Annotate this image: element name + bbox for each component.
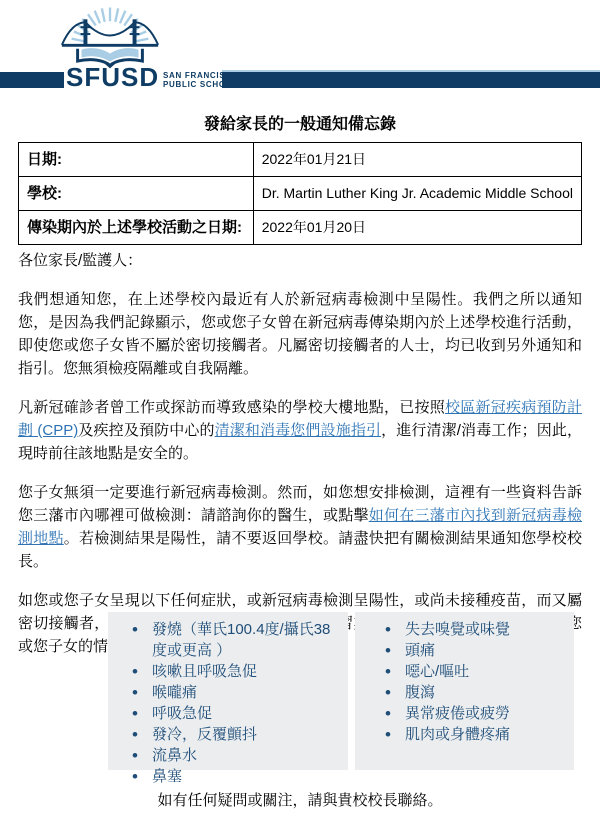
school-value: Dr. Martin Luther King Jr. Academic Midd…	[253, 177, 581, 211]
header-bar-left	[0, 72, 64, 88]
exposure-date-label: 傳染期內於上述學校活動之日期:	[19, 211, 254, 245]
table-row-date: 日期: 2022年01月21日	[19, 143, 582, 177]
symptoms-column-right: 失去嗅覺或味覺 頭痛 噁心/嘔吐 腹瀉 異常疲倦或疲勞 肌肉或身體疼痛	[355, 612, 574, 770]
para2-text-pre: 凡新冠確診者曾工作或探訪而導致感染的學校大樓地點，已按照	[18, 399, 445, 416]
header: SFUSD SAN FRANCISCO PUBLIC SCHOOLS	[0, 0, 600, 100]
logo-name: SAN FRANCISCO PUBLIC SCHOOLS	[163, 71, 244, 89]
info-table: 日期: 2022年01月21日 學校: Dr. Martin Luther Ki…	[18, 142, 582, 245]
list-item: 失去嗅覺或味覺	[383, 619, 568, 640]
list-item: 發燒（華氏100.4度/攝氏38度或更高 ）	[130, 619, 342, 661]
paragraph-testing: 您子女無須一定要進行新冠病毒檢測。然而，如您想安排檢測，這裡有一些資料告訴您三藩…	[18, 481, 582, 573]
logo-acronym: SFUSD	[66, 64, 159, 90]
list-item: 頭痛	[383, 640, 568, 661]
para2-text-mid: 及疾控及預防中心的	[78, 422, 214, 439]
logo-name-line1: SAN FRANCISCO	[163, 71, 244, 80]
date-value: 2022年01月21日	[253, 143, 581, 177]
letter-body: 各位家長/監護人： 我們想通知您，在上述學校內最近有人於新冠病毒檢測中呈陽性。我…	[18, 249, 582, 674]
school-label: 學校:	[19, 177, 254, 211]
para3-text-post: 。若檢測結果是陽性，請不要返回學校。請盡快把有關檢測結果通知您學校校長。	[18, 530, 582, 570]
paragraph-notification: 我們想通知您，在上述學校內最近有人於新冠病毒檢測中呈陽性。我們之所以通知您，是因…	[18, 288, 582, 380]
logo-name-line2: PUBLIC SCHOOLS	[163, 80, 244, 89]
list-item: 肌肉或身體疼痛	[383, 724, 568, 745]
sfusd-logo-emblem	[56, 3, 164, 69]
table-row-exposure-date: 傳染期內於上述學校活動之日期: 2022年01月20日	[19, 211, 582, 245]
cdc-cleaning-guide-link[interactable]: 清潔和消毒您們設施指引	[215, 422, 381, 439]
symptoms-list-left: 發燒（華氏100.4度/攝氏38度或更高 ） 咳嗽且呼吸急促 喉嚨痛 呼吸急促 …	[130, 619, 342, 787]
symptoms-column-left: 發燒（華氏100.4度/攝氏38度或更高 ） 咳嗽且呼吸急促 喉嚨痛 呼吸急促 …	[108, 612, 348, 770]
list-item: 發冷，反覆顫抖	[130, 724, 342, 745]
list-item: 異常疲倦或疲勞	[383, 703, 568, 724]
list-item: 鼻塞	[130, 766, 342, 787]
list-item: 呼吸急促	[130, 703, 342, 724]
symptoms-list-right: 失去嗅覺或味覺 頭痛 噁心/嘔吐 腹瀉 異常疲倦或疲勞 肌肉或身體疼痛	[383, 619, 568, 745]
list-item: 喉嚨痛	[130, 682, 342, 703]
page-title: 發給家長的一般通知備忘錄	[0, 111, 600, 134]
paragraph-cleaning: 凡新冠確診者曾工作或探訪而導致感染的學校大樓地點，已按照校區新冠疾病預防計劃 (…	[18, 396, 582, 465]
header-bar-right	[222, 70, 600, 88]
list-item: 流鼻水	[130, 745, 342, 766]
list-item: 噁心/嘔吐	[383, 661, 568, 682]
list-item: 咳嗽且呼吸急促	[130, 661, 342, 682]
exposure-date-value: 2022年01月20日	[253, 211, 581, 245]
footer-contact-note: 如有任何疑問或關注，請與貴校校長聯絡。	[0, 789, 600, 810]
date-label: 日期:	[19, 143, 254, 177]
symptoms-box: 發燒（華氏100.4度/攝氏38度或更高 ） 咳嗽且呼吸急促 喉嚨痛 呼吸急促 …	[108, 612, 574, 770]
greeting: 各位家長/監護人：	[18, 249, 582, 272]
table-row-school: 學校: Dr. Martin Luther King Jr. Academic …	[19, 177, 582, 211]
list-item: 腹瀉	[383, 682, 568, 703]
